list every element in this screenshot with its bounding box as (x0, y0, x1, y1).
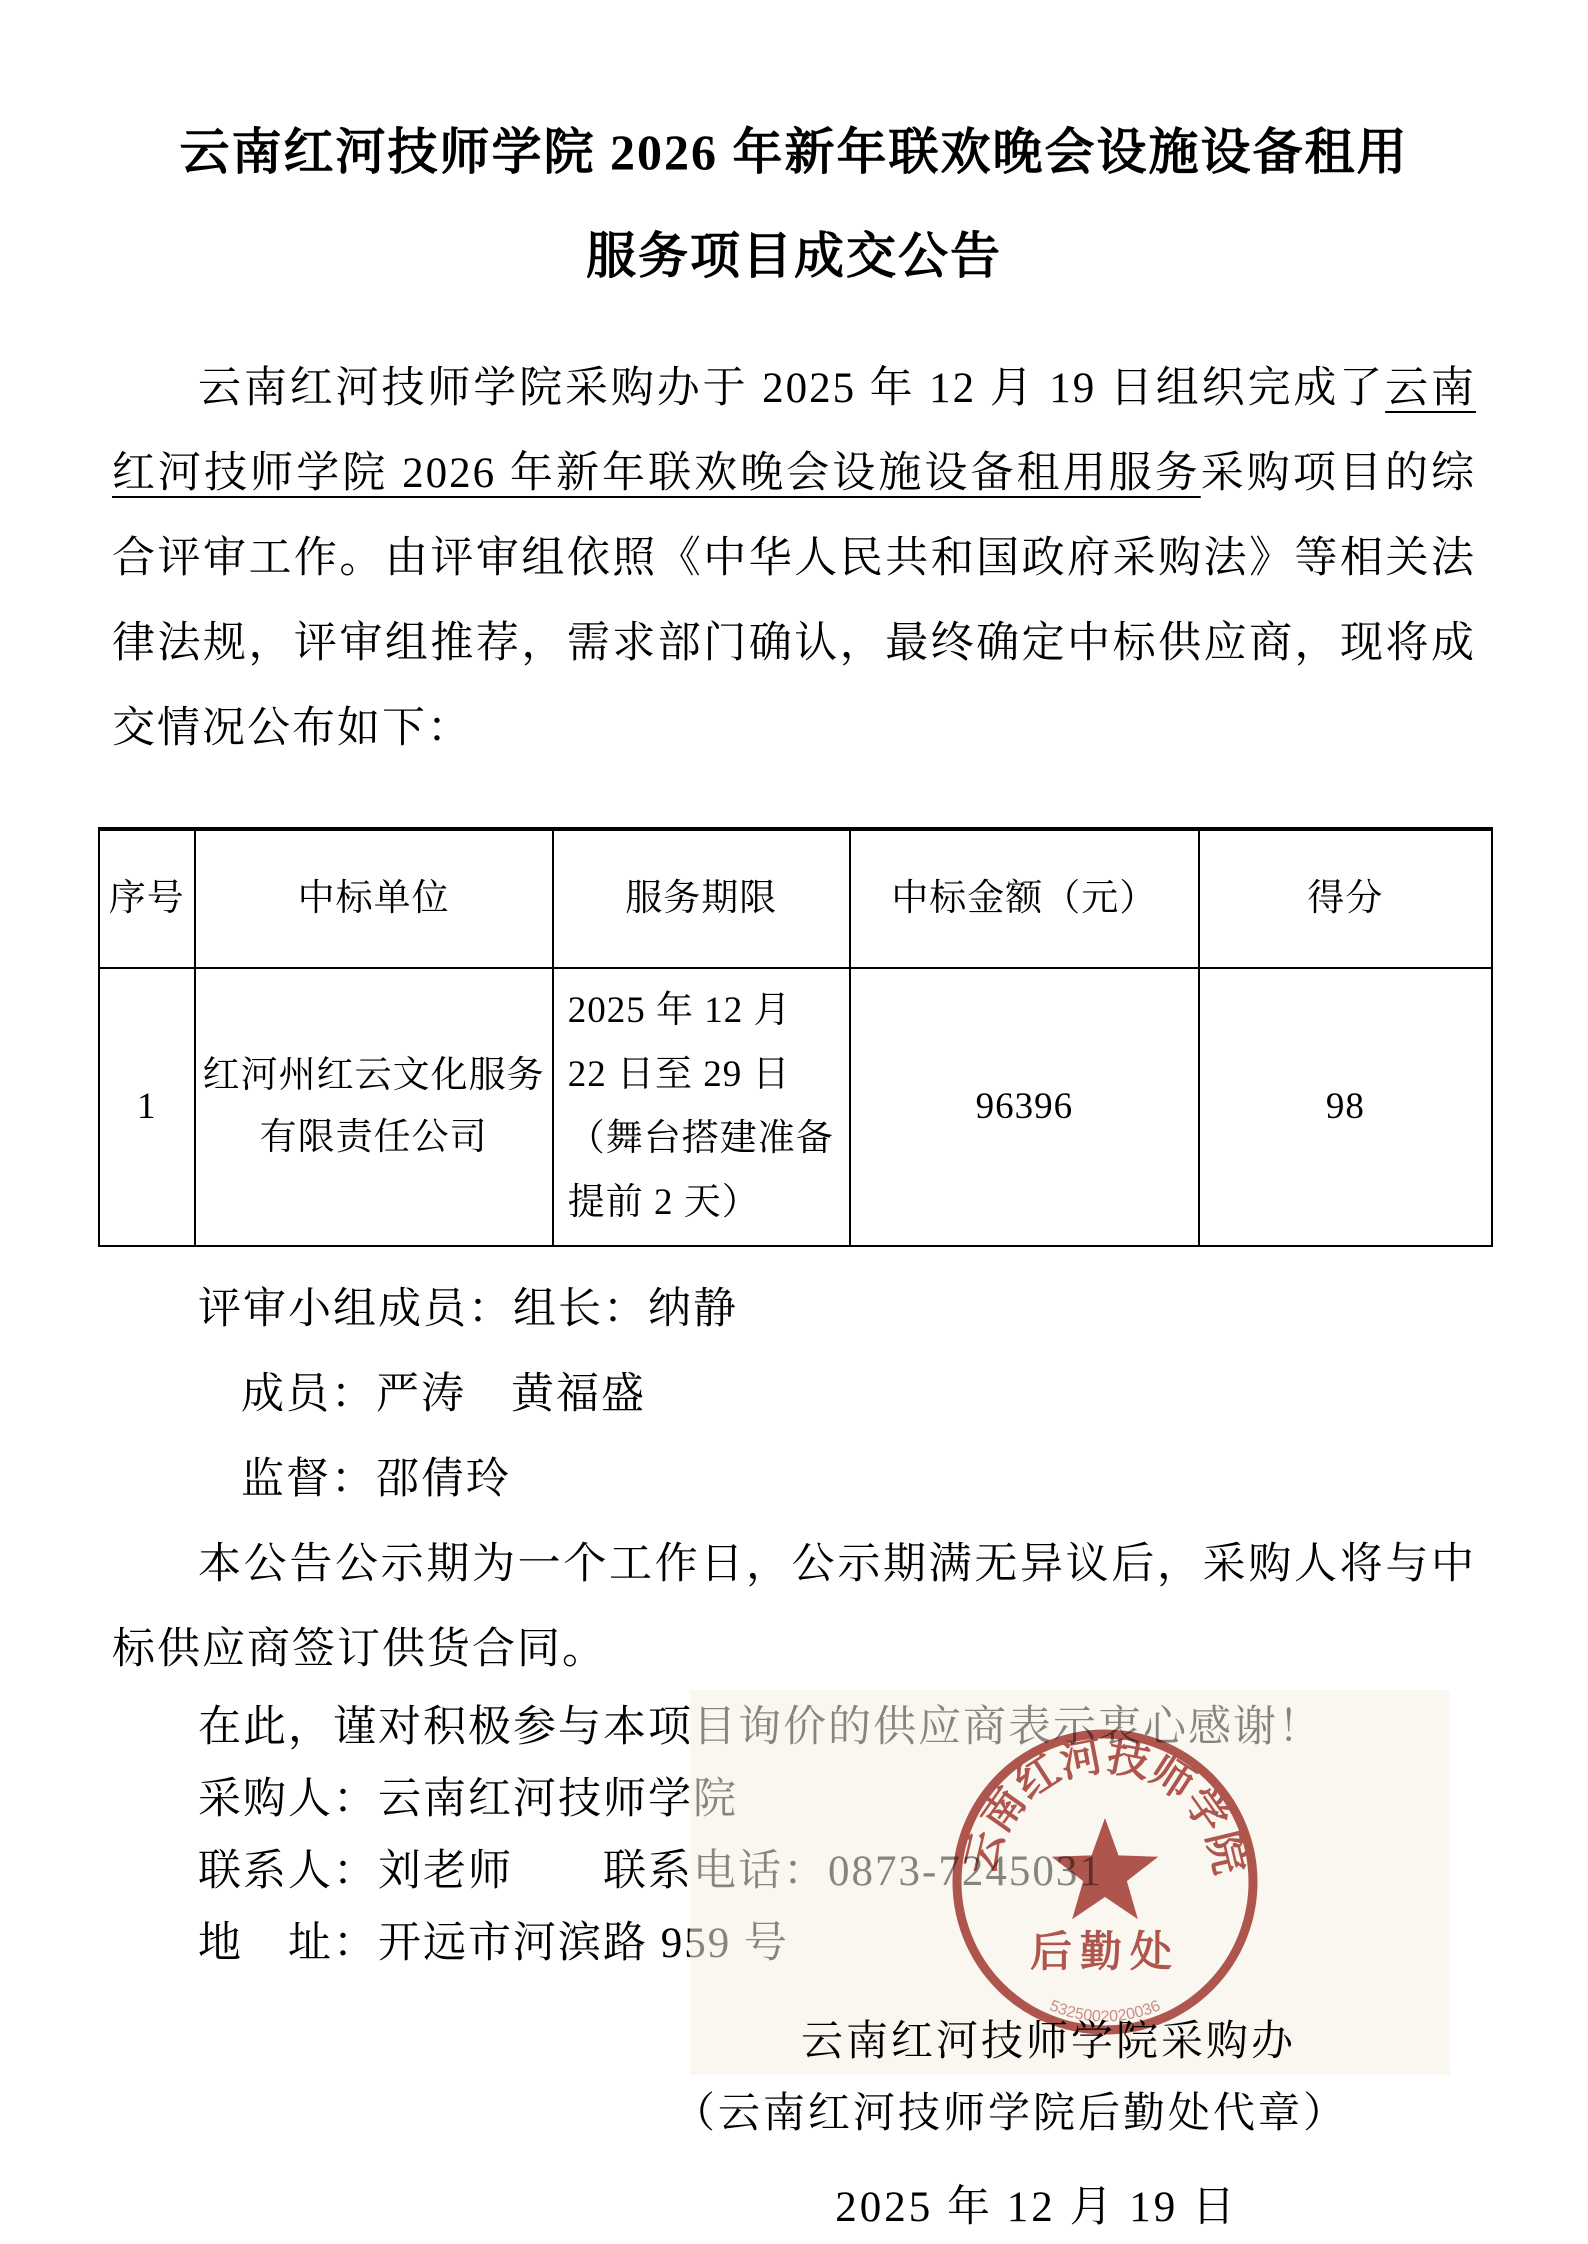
intro-paragraph: 云南红河技师学院采购办于 2025 年 12 月 19 日组织完成了云南红河技师… (112, 346, 1476, 771)
table-row: 1 红河州红云文化服务有限责任公司 2025 年 12 月 22 日至 29 日… (99, 968, 1492, 1246)
date-line: 2025 年 12 月 19 日 (112, 2172, 1476, 2244)
supervisor-line: 监督：邵倩玲 (112, 1437, 1476, 1522)
title-line-1: 云南红河技师学院 2026 年新年联欢晚会设施设备租用 (112, 100, 1476, 204)
signer-line: 云南红河技师学院采购办 (112, 2006, 1476, 2078)
cell-amount: 96396 (850, 968, 1199, 1246)
header-cell-no: 序号 (99, 829, 195, 968)
cell-no: 1 (99, 968, 195, 1246)
announcement-page: 云南红河技师学院 2026 年新年联欢晚会设施设备租用 服务项目成交公告 云南红… (0, 0, 1588, 2244)
cell-period: 2025 年 12 月 22 日至 29 日（舞台搭建准备提前 2 天） (553, 968, 850, 1246)
header-cell-score: 得分 (1199, 829, 1492, 968)
table-header-row: 序号 中标单位 服务期限 中标金额（元） 得分 (99, 829, 1492, 968)
cell-score: 98 (1199, 968, 1492, 1246)
signer-agent-line: （云南红河技师学院后勤处代章） (112, 2078, 1476, 2150)
members-line: 成员：严涛 黄福盛 (112, 1352, 1476, 1437)
notice-paragraph: 本公告公示期为一个工作日，公示期满无异议后，采购人将与中标供应商签订供货合同。 (112, 1522, 1476, 1692)
header-cell-period: 服务期限 (553, 829, 850, 968)
cell-winner: 红河州红云文化服务有限责任公司 (195, 968, 553, 1246)
intro-pre: 云南红河技师学院采购办于 2025 年 12 月 19 日组织完成了 (198, 365, 1385, 412)
header-cell-winner: 中标单位 (195, 829, 553, 968)
award-results-table: 序号 中标单位 服务期限 中标金额（元） 得分 1 红河州红云文化服务有限责任公… (98, 827, 1493, 1247)
header-cell-amount: 中标金额（元） (850, 829, 1199, 968)
review-team-line: 评审小组成员：组长：纳静 (112, 1267, 1476, 1352)
signature-block: 云南红河技师学院采购办 （云南红河技师学院后勤处代章） 2025 年 12 月 … (112, 2006, 1476, 2244)
title-line-2: 服务项目成交公告 (112, 204, 1476, 308)
page-title: 云南红河技师学院 2026 年新年联欢晚会设施设备租用 服务项目成交公告 (112, 100, 1476, 308)
